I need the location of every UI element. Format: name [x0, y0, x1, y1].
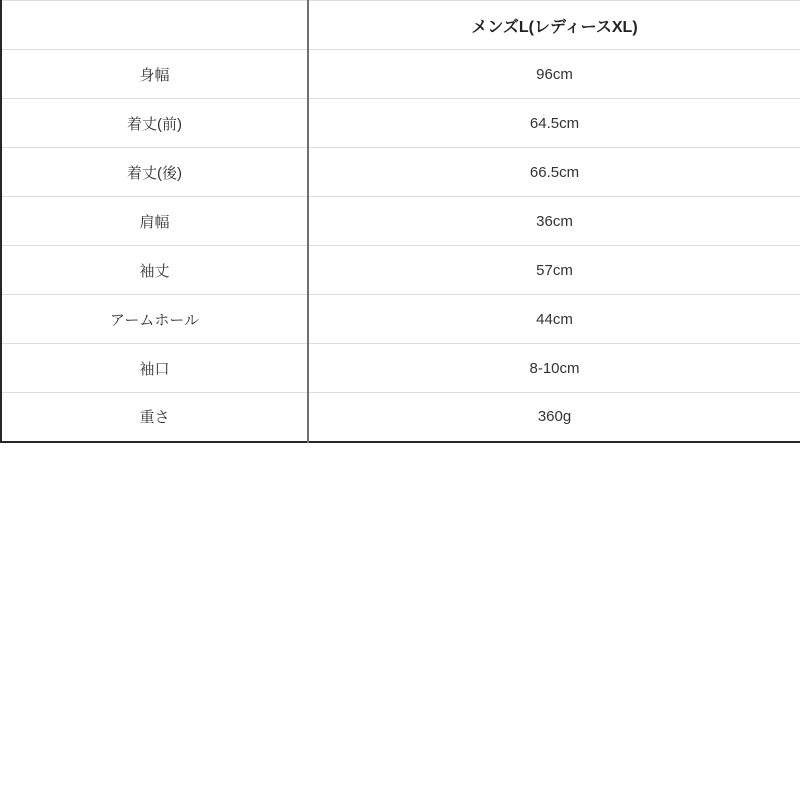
corner-cell	[1, 1, 308, 50]
measurement-label: 袖丈	[1, 246, 308, 295]
measurement-value: 36cm	[308, 197, 800, 246]
table-row: 袖丈 57cm	[1, 246, 800, 295]
header-row: メンズL(レディースXL)	[1, 1, 800, 50]
table-row: アームホール 44cm	[1, 295, 800, 344]
measurement-label: 着丈(後)	[1, 148, 308, 197]
measurement-label: 着丈(前)	[1, 99, 308, 148]
size-chart-table: メンズL(レディースXL) 身幅 96cm 着丈(前) 64.5cm 着丈(後)…	[0, 0, 800, 443]
measurement-value: 8-10cm	[308, 344, 800, 393]
measurement-value: 96cm	[308, 50, 800, 99]
measurement-label: 重さ	[1, 393, 308, 442]
measurement-label: 身幅	[1, 50, 308, 99]
table-row: 身幅 96cm	[1, 50, 800, 99]
table-row: 着丈(前) 64.5cm	[1, 99, 800, 148]
size-column-header: メンズL(レディースXL)	[308, 1, 800, 50]
measurement-label: 袖口	[1, 344, 308, 393]
table-row: 重さ 360g	[1, 393, 800, 442]
measurement-value: 66.5cm	[308, 148, 800, 197]
measurement-value: 44cm	[308, 295, 800, 344]
measurement-label: 肩幅	[1, 197, 308, 246]
table-row: 着丈(後) 66.5cm	[1, 148, 800, 197]
measurement-value: 64.5cm	[308, 99, 800, 148]
measurement-value: 360g	[308, 393, 800, 442]
table-row: 袖口 8-10cm	[1, 344, 800, 393]
measurement-label: アームホール	[1, 295, 308, 344]
measurement-value: 57cm	[308, 246, 800, 295]
page-background: メンズL(レディースXL) 身幅 96cm 着丈(前) 64.5cm 着丈(後)…	[0, 0, 800, 800]
table-row: 肩幅 36cm	[1, 197, 800, 246]
